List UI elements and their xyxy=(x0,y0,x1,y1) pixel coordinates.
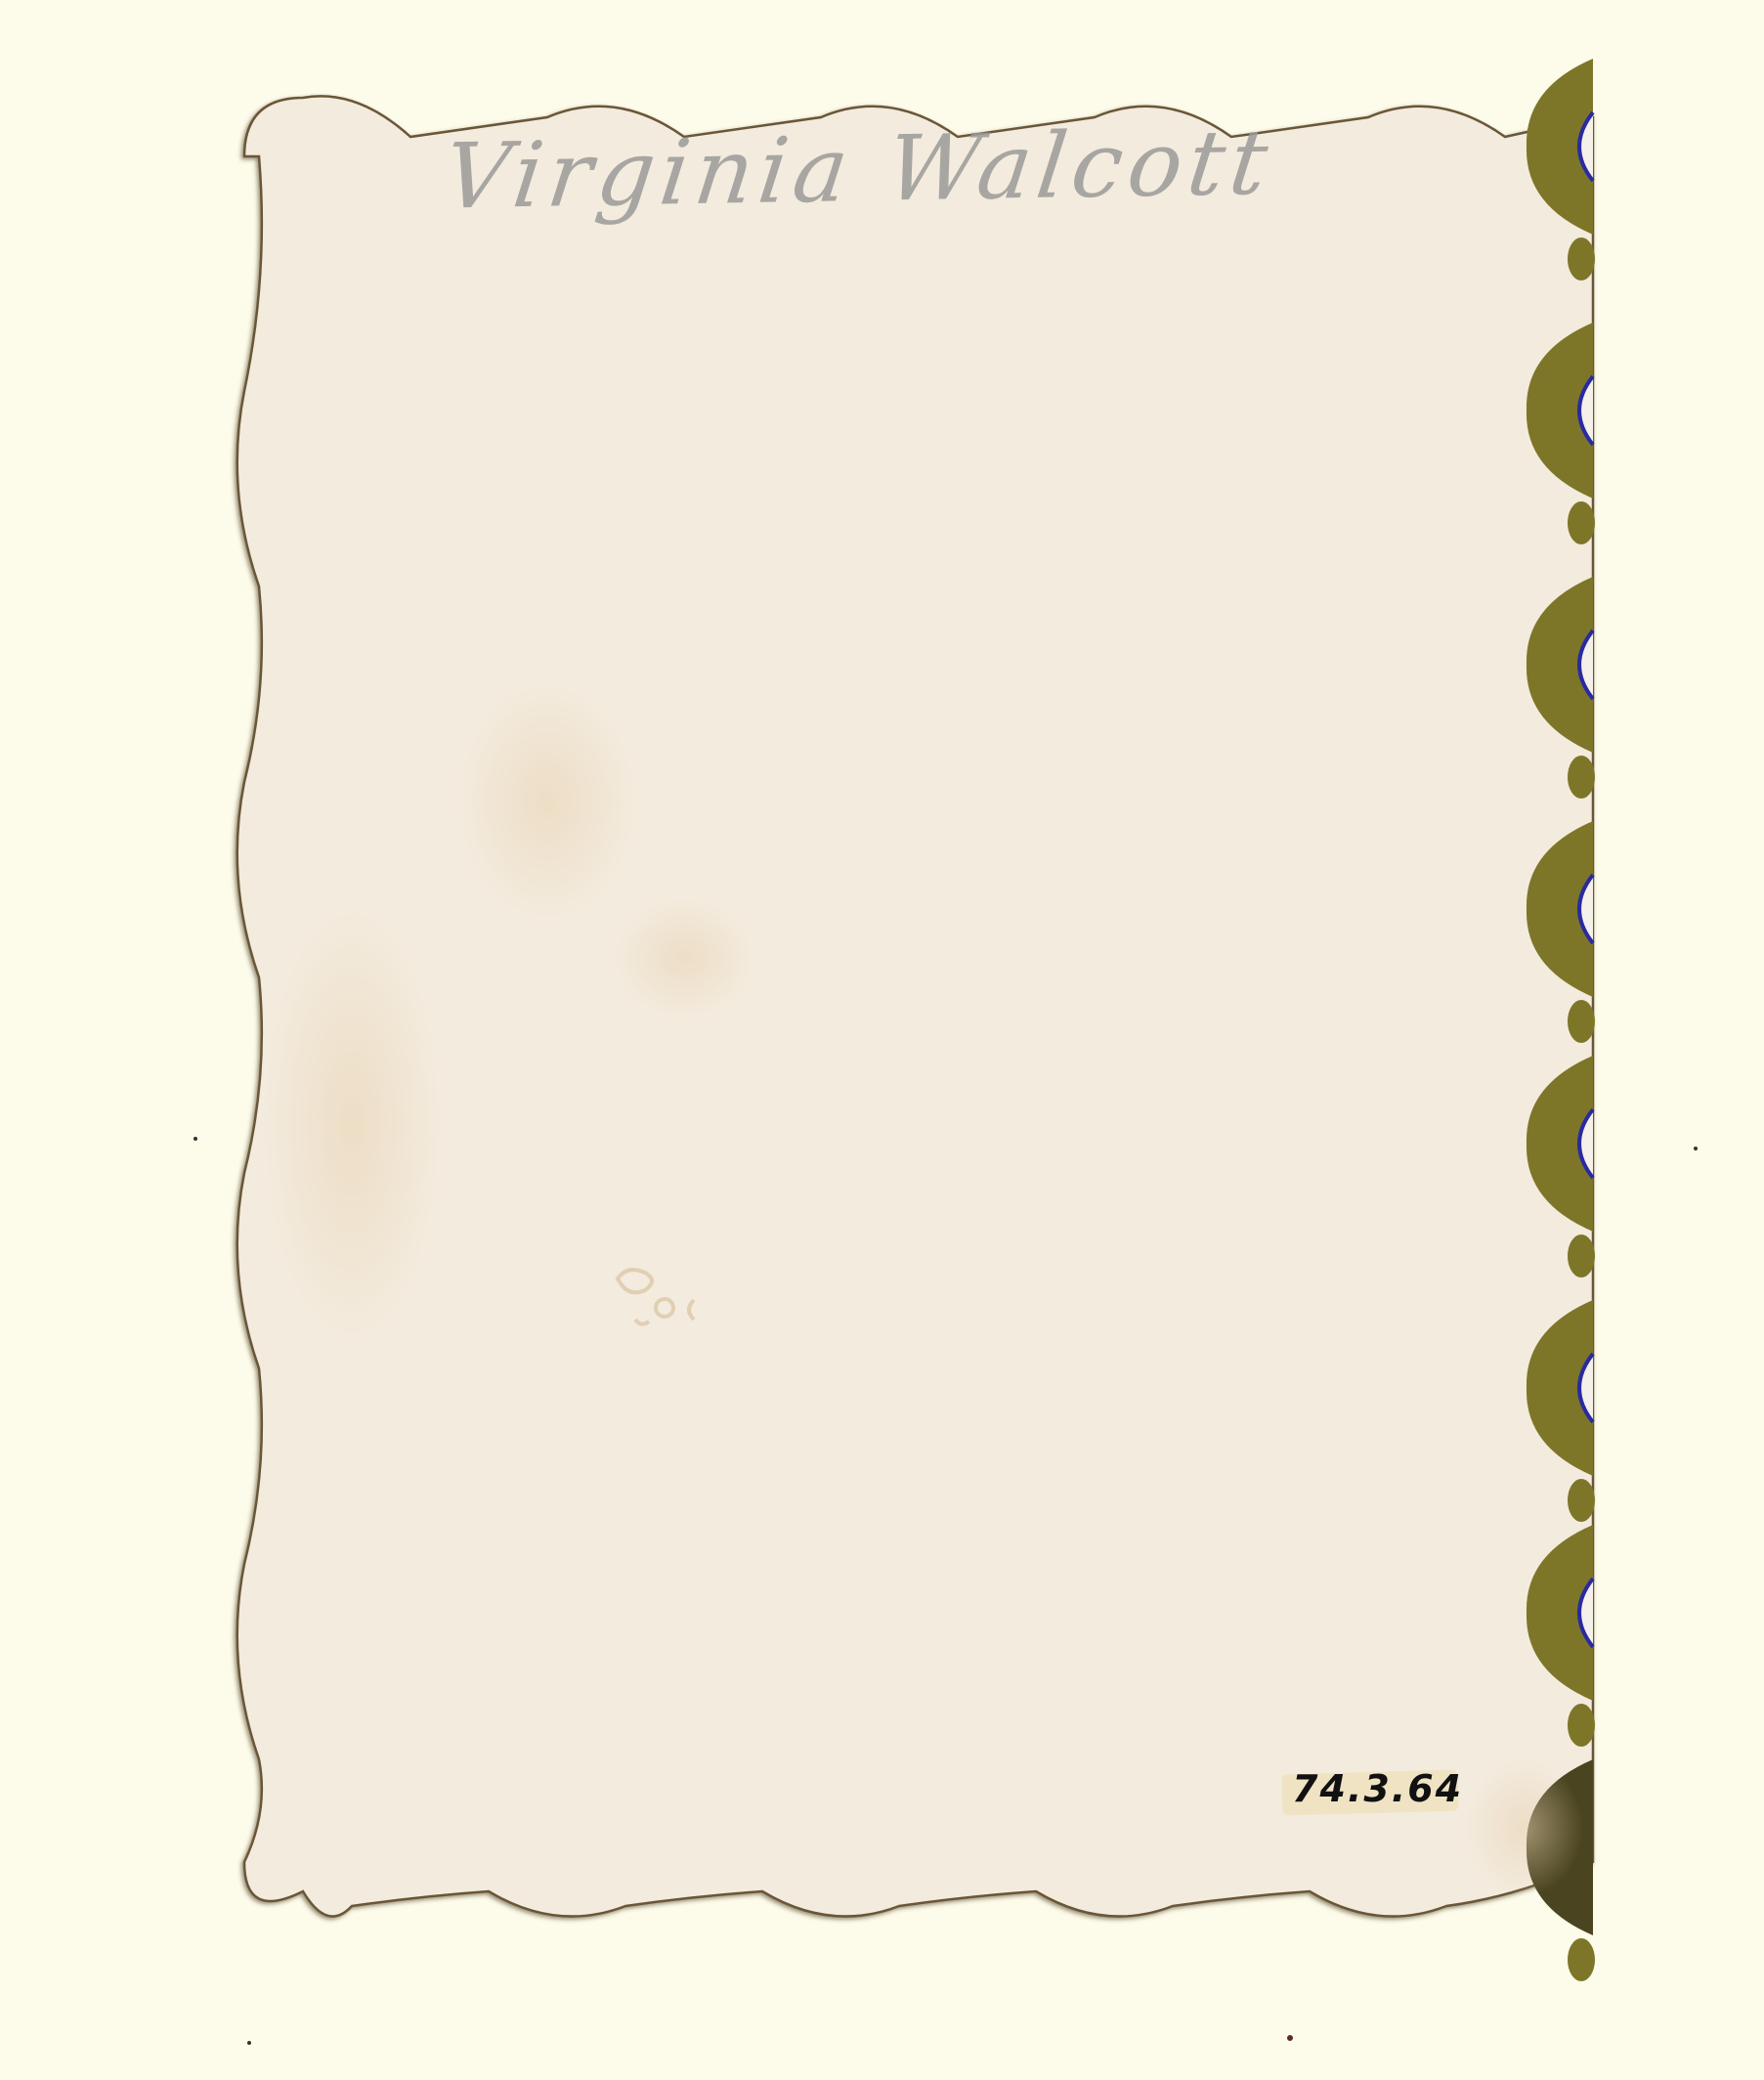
stain xyxy=(1466,1759,1583,1896)
pencil-inscription: Virginia Walcott xyxy=(438,109,1278,229)
card-body xyxy=(237,96,1593,1916)
stain xyxy=(459,684,635,919)
catalog-number: 74.3.64 xyxy=(1292,1767,1463,1810)
scanned-card xyxy=(0,0,1764,2080)
stain xyxy=(616,899,753,1017)
stain xyxy=(264,909,440,1339)
